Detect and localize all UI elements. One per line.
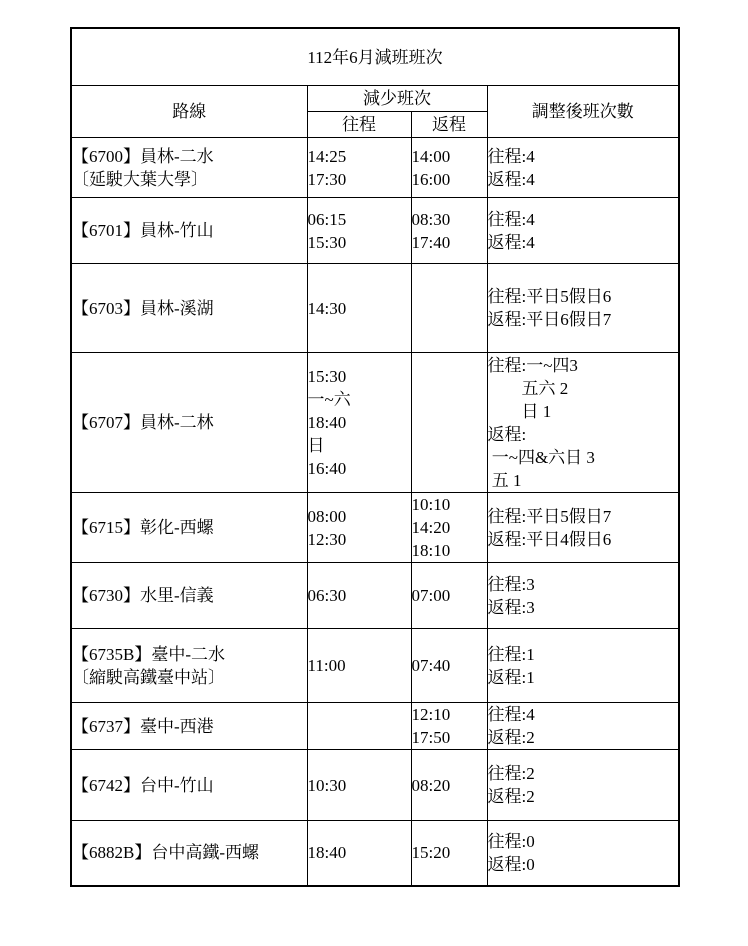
return-times-cell: 07:40 bbox=[411, 629, 487, 703]
route-cell: 【6730】水里-信義 bbox=[71, 563, 307, 629]
table-row: 【6737】臺中-西港 12:10 17:50 往程:4 返程:2 bbox=[71, 703, 679, 750]
outbound-times-cell: 15:30 一~六 18:40 日 16:40 bbox=[307, 353, 411, 493]
return-times-cell: 12:10 17:50 bbox=[411, 703, 487, 750]
return-times-cell: 14:00 16:00 bbox=[411, 138, 487, 198]
route-cell: 【6700】員林-二水 〔延駛大葉大學〕 bbox=[71, 138, 307, 198]
table-row: 【6882B】台中高鐵-西螺 18:40 15:20 往程:0 返程:0 bbox=[71, 821, 679, 886]
col-header-adjusted-trips: 調整後班次數 bbox=[487, 86, 679, 138]
return-times-cell bbox=[411, 353, 487, 493]
route-cell: 【6737】臺中-西港 bbox=[71, 703, 307, 750]
schedule-document: 112年6月減班班次 路線 減少班次 調整後班次數 往程 返程 【6700】員林… bbox=[70, 27, 680, 887]
adjusted-frequency-cell: 往程:2 返程:2 bbox=[487, 750, 679, 821]
outbound-times-cell bbox=[307, 703, 411, 750]
return-times-cell bbox=[411, 264, 487, 353]
schedule-table: 112年6月減班班次 路線 減少班次 調整後班次數 往程 返程 【6700】員林… bbox=[70, 27, 680, 887]
route-cell: 【6703】員林-溪湖 bbox=[71, 264, 307, 353]
outbound-times-cell: 14:25 17:30 bbox=[307, 138, 411, 198]
table-row: 【6701】員林-竹山 06:15 15:30 08:30 17:40 往程:4… bbox=[71, 198, 679, 264]
route-cell: 【6735B】臺中-二水 〔縮駛高鐵臺中站〕 bbox=[71, 629, 307, 703]
route-cell: 【6882B】台中高鐵-西螺 bbox=[71, 821, 307, 886]
table-row: 【6707】員林-二林 15:30 一~六 18:40 日 16:40 往程:一… bbox=[71, 353, 679, 493]
return-times-cell: 08:20 bbox=[411, 750, 487, 821]
outbound-times-cell: 08:00 12:30 bbox=[307, 493, 411, 563]
adjusted-frequency-cell: 往程:平日5假日6 返程:平日6假日7 bbox=[487, 264, 679, 353]
title-row: 112年6月減班班次 bbox=[71, 28, 679, 86]
adjusted-frequency-cell: 往程:4 返程:4 bbox=[487, 138, 679, 198]
outbound-times-cell: 06:30 bbox=[307, 563, 411, 629]
col-header-return: 返程 bbox=[411, 112, 487, 138]
adjusted-frequency-cell: 往程:1 返程:1 bbox=[487, 629, 679, 703]
table-row: 【6715】彰化-西螺 08:00 12:30 10:10 14:20 18:1… bbox=[71, 493, 679, 563]
table-row: 【6735B】臺中-二水 〔縮駛高鐵臺中站〕 11:00 07:40 往程:1 … bbox=[71, 629, 679, 703]
table-row: 【6730】水里-信義 06:30 07:00 往程:3 返程:3 bbox=[71, 563, 679, 629]
route-cell: 【6715】彰化-西螺 bbox=[71, 493, 307, 563]
table-row: 【6703】員林-溪湖 14:30 往程:平日5假日6 返程:平日6假日7 bbox=[71, 264, 679, 353]
outbound-times-cell: 18:40 bbox=[307, 821, 411, 886]
adjusted-frequency-cell: 往程:0 返程:0 bbox=[487, 821, 679, 886]
adjusted-frequency-cell: 往程:4 返程:4 bbox=[487, 198, 679, 264]
outbound-times-cell: 14:30 bbox=[307, 264, 411, 353]
adjusted-frequency-cell: 往程:4 返程:2 bbox=[487, 703, 679, 750]
outbound-times-cell: 10:30 bbox=[307, 750, 411, 821]
route-cell: 【6707】員林-二林 bbox=[71, 353, 307, 493]
route-cell: 【6742】台中-竹山 bbox=[71, 750, 307, 821]
adjusted-frequency-cell: 往程:一~四3 五六 2 日 1 返程: 一~四&六日 3 五 1 bbox=[487, 353, 679, 493]
route-cell: 【6701】員林-竹山 bbox=[71, 198, 307, 264]
header-row-1: 路線 減少班次 調整後班次數 bbox=[71, 86, 679, 112]
col-header-reduced-trips: 減少班次 bbox=[307, 86, 487, 112]
col-header-route: 路線 bbox=[71, 86, 307, 138]
table-row: 【6700】員林-二水 〔延駛大葉大學〕 14:25 17:30 14:00 1… bbox=[71, 138, 679, 198]
return-times-cell: 07:00 bbox=[411, 563, 487, 629]
adjusted-frequency-cell: 往程:平日5假日7 返程:平日4假日6 bbox=[487, 493, 679, 563]
outbound-times-cell: 11:00 bbox=[307, 629, 411, 703]
return-times-cell: 15:20 bbox=[411, 821, 487, 886]
return-times-cell: 10:10 14:20 18:10 bbox=[411, 493, 487, 563]
outbound-times-cell: 06:15 15:30 bbox=[307, 198, 411, 264]
col-header-outbound: 往程 bbox=[307, 112, 411, 138]
page-title: 112年6月減班班次 bbox=[71, 28, 679, 86]
table-row: 【6742】台中-竹山 10:30 08:20 往程:2 返程:2 bbox=[71, 750, 679, 821]
adjusted-frequency-cell: 往程:3 返程:3 bbox=[487, 563, 679, 629]
return-times-cell: 08:30 17:40 bbox=[411, 198, 487, 264]
